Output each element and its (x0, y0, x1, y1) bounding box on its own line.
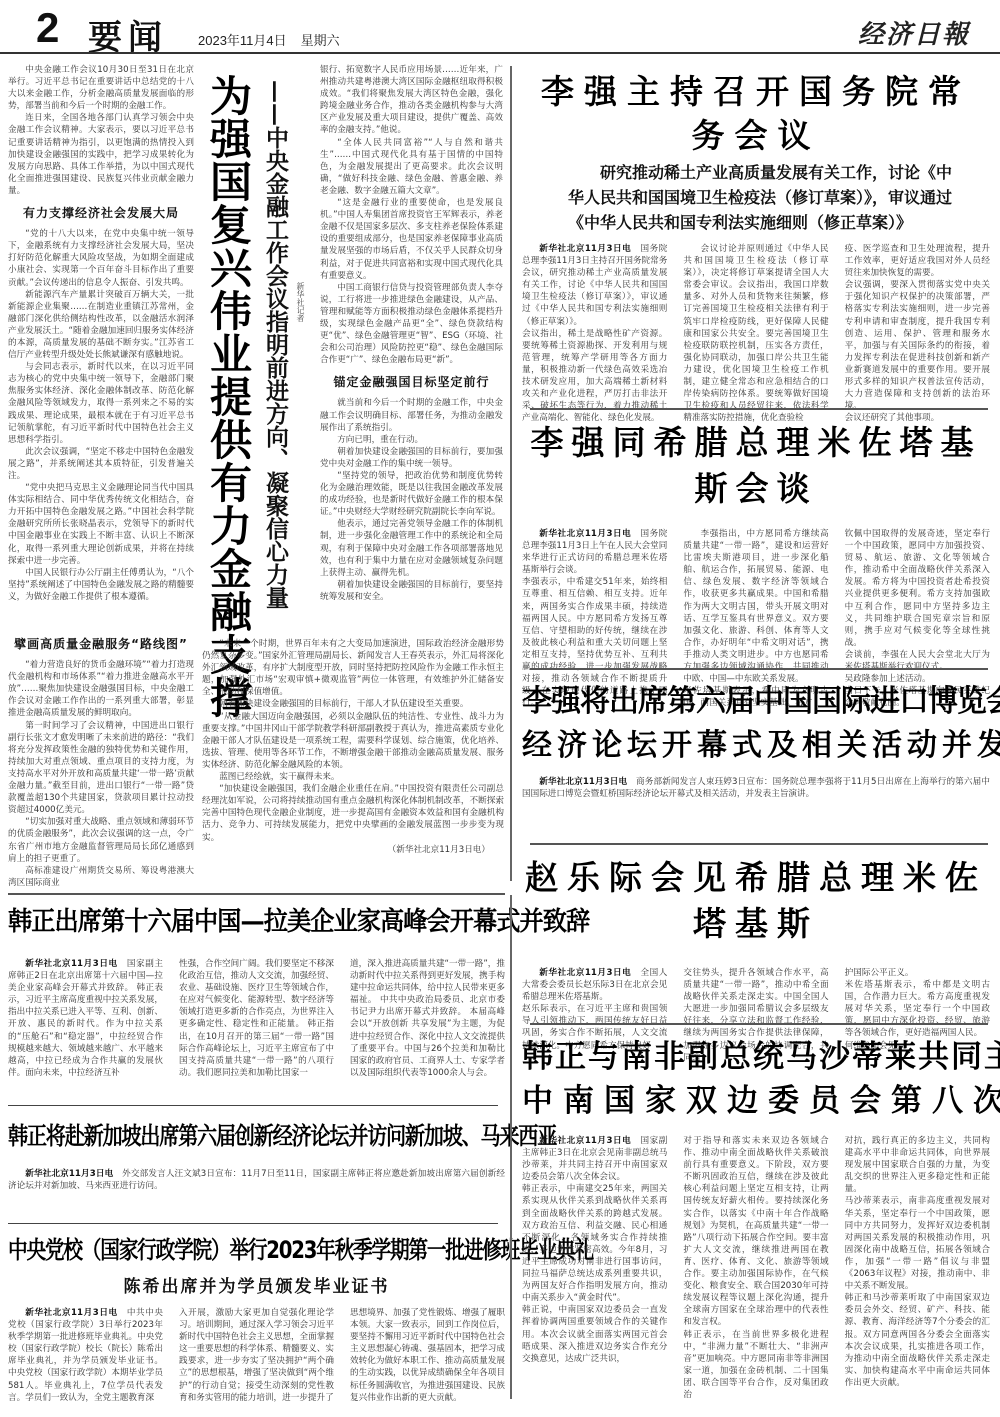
lead-right-column: 银行、拓宽数字人民币应用场景……近年来，广州推动共建粤港澳大湾区国际金融枢纽取得… (320, 64, 503, 603)
dateline-end: （新华社北京11月3日电） (202, 844, 504, 856)
box-border-left (510, 895, 512, 1399)
subhead: 擘画高质量金融服务“路线图” (8, 638, 194, 650)
paragraph: “切实加强对重大战略、重点领域和薄弱环节的优质金融服务”，此次会议强调的这一点，… (8, 816, 194, 864)
paragraph: 就当前和今后一个时期的金融工作，中央金融工作会议明确目标、部署任务，为推动金融发… (320, 397, 503, 433)
paragraph: “党中央把马克思主义金融理论同当代中国具体实际相结合、同中华优秀传统文化相结合，… (8, 482, 194, 567)
paragraph: “未来一个时期，世界百年未有之大变局加速演进，国际政治经济金融形势仍然复杂多变。… (202, 638, 504, 698)
divider (8, 893, 505, 895)
paragraph: 对抗，践行真正的多边主义，共同构建高水平中非命运共同体，向世界展现发展中国家联合… (845, 1135, 990, 1389)
story-headline: 赵乐际会见希腊总理米佐塔基斯 (522, 855, 990, 947)
paragraph: 方向已明，重在行动。 (320, 434, 503, 446)
paragraph: 与会同志表示，新时代以来，在以习近平同志为核心的党中央集中统一领导下，金融部门聚… (8, 361, 194, 446)
paragraph: 入开展，激励大家更加自觉强化理论学习。培训期间，通过深入学习领会习近平新时代中国… (179, 1307, 334, 1404)
lead-lower-column: “未来一个时期，世界百年未有之大变局加速演进，国际政治经济金融形势仍然复杂多变。… (202, 638, 504, 856)
story-zhao-leji: 赵乐际会见希腊总理米佐塔基斯 新华社北京11月3日电 全国人大常委会委员长赵乐际… (522, 855, 990, 1064)
column: 入开展，激励大家更加自觉强化理论学习。培训期间，通过深入学习领会习近平新时代中国… (179, 1307, 334, 1404)
paragraph: 会议讨论并原则通过《中华人民共和国国境卫生检疫法（修订草案）》，决定将修订草案提… (683, 243, 828, 424)
story-headline-line2: 经济论坛开幕式及相关活动并发表主旨演讲 (522, 724, 990, 768)
column: 新华社北京11月3日电 国家副主席韩正2日在北京出席第十六届中国—拉美企业家高峰… (8, 958, 163, 1079)
column: 新华社北京11月3日电 国家副主席韩正3日在北京会见南非副总统马沙蒂莱，并共同主… (522, 1135, 667, 1401)
paragraph: 性强，合作空间广阔。我们要坚定不移深化政治互信，推动人文交流，加强经贸、农业、基… (179, 958, 334, 1079)
weekday-text: 星期六 (301, 33, 340, 48)
lead-headline: 为强国复兴伟业提供有力金融支撑 (196, 74, 256, 719)
dateline: 新华社北京11月3日电 (25, 1308, 117, 1318)
story-body: 新华社北京11月3日电 商务部新闻发言人束珏婷3日宣布：国务院总理李强将于11月… (522, 776, 990, 800)
dateline: 新华社北京11月3日电 (539, 777, 627, 787)
box-border-left (510, 66, 512, 881)
story-columns: 新华社北京11月3日电 中共中央党校（国家行政学院）3日举行2023年秋季学期第… (8, 1307, 505, 1404)
paragraph: 蓝图已经绘就，实干赢得未来。 (202, 771, 504, 783)
column: 道，深入推进高质量共建“一带一路”，推动新时代中拉关系得到更好发展，携手构建中拉… (350, 958, 505, 1079)
story-columns: 新华社北京11月3日电 国家副主席韩正3日在北京会见南非副总统马沙蒂莱，并共同主… (522, 1135, 990, 1401)
paragraph: 中共中央党校（国家行政学院）3日举行2023年秋季学期第一批进修班毕业典礼。中央… (8, 1308, 163, 1403)
story-singapore: 韩正将赴新加坡出席第六届创新经济论坛并访问新加坡、马来西亚 新华社北京11月3日… (8, 1116, 505, 1192)
paragraph: 第一时间学习了会议精神，中国进出口银行副行长张文才愈发明晰了未来前进的路径：“我… (8, 720, 194, 817)
column: 性强，合作空间广阔。我们要坚定不移深化政治互信，推动人文交流，加强经贸、农业、基… (179, 958, 334, 1079)
dateline: 新华社北京11月3日电 (539, 1136, 631, 1146)
paragraph: “加快建设金融强国，我们金融企业重任在肩。”中国投资有限责任公司副总经理沈如军说… (202, 783, 504, 843)
paragraph: 国务院总理李强11月3日主持召开国务院常务会议，研究推动稀土产业高质量发展有关工… (522, 244, 667, 423)
paragraph: “全体人民共同富裕”“人与自然和谐共生”……中国式现代化具有基于国情的中国特色，… (320, 137, 503, 197)
date-text: 2023年11月4日 (198, 33, 287, 48)
story-south-africa: 韩正与南非副总统马沙蒂莱共同主持召开 中南国家双边委员会第八次全体会议 新华社北… (522, 1035, 990, 1401)
story-headline-line2: 中南国家双边委员会第八次全体会议 (522, 1079, 990, 1123)
paragraph: “从金融大国迈向金融强国，必须以金融队伍的纯洁性、专业性、战斗力为重要支撑。”中… (202, 711, 504, 771)
divider (530, 1023, 988, 1025)
story-subheadline: 研究推动稀土产业高质量发展有关工作，讨论《中华人民共和国国境卫生检疫法（修订草案… (522, 158, 990, 235)
story-greece-talks: 李强同希腊总理米佐塔基斯会谈 新华社北京11月3日电 国务院总理李强11月3日上… (522, 420, 990, 709)
dateline: 新华社北京11月3日电 (539, 529, 631, 539)
issue-date: 2023年11月4日星期六 (198, 30, 340, 49)
lead-subheadline: ——中央金融工作会议指明前进方向、凝聚信心力量 (256, 80, 290, 609)
paragraph: 银行、拓宽数字人民币应用场景……近年来，广州推动共建粤港澳大湾区国际金融枢纽取得… (320, 64, 503, 137)
paragraph: 中国工商银行信贷与投资管理部负责人李夺说，工行将进一步推进绿色金融建设，从产品、… (320, 282, 503, 367)
divider (530, 843, 988, 845)
paragraph: “着力营造良好的货币金融环境”“着力打造现代金融机构和市场体系”“着力推进金融高… (8, 659, 194, 719)
story-state-council: 李强主持召开国务院常务会议 研究推动稀土产业高质量发展有关工作，讨论《中华人民共… (522, 70, 990, 424)
page-number: 2 (36, 6, 59, 50)
story-headline: 李强主持召开国务院常务会议 (522, 70, 990, 158)
paragraph: “这是金融行业的重要使命，也是发展良机。”中国人寿集团首席投资官王军辉表示，养老… (320, 197, 503, 282)
divider (530, 408, 988, 410)
story-headline-line1: 李强将出席第六届中国国际进口博览会暨虹桥国际 (522, 680, 990, 724)
column: 对于指导和落实未来双边各领域合作、推动中南全面战略伙伴关系破浪前行具有重要意义。… (683, 1135, 828, 1401)
masthead: 2 要闻 2023年11月4日星期六 经济日報 (0, 0, 1000, 52)
dateline: 新华社北京11月3日电 (25, 959, 117, 969)
lead-left-lower-column: 擘画高质量金融服务“路线图” “着力营造良好的货币金融环境”“着力打造现代金融机… (8, 628, 194, 889)
column: 新华社北京11月3日电 中共中央党校（国家行政学院）3日举行2023年秋季学期第… (8, 1307, 163, 1404)
story-headline: 李强同希腊总理米佐塔基斯会谈 (522, 420, 990, 512)
paragraph: 此次会议强调，“坚定不移走中国特色金融发展之路”，并系统阐述其本质特征，引发普遍… (8, 446, 194, 482)
divider (8, 1105, 498, 1106)
paragraph: 他表示，通过完善党领导金融工作的体制机制，进一步强化金融管理工作中的系统论和全局… (320, 518, 503, 578)
column: 对抗，践行真正的多边主义，共同构建高水平中非命运共同体，向世界展现发展中国家联合… (845, 1135, 990, 1401)
paragraph: 朝着加快建设金融强国的目标前行，要坚持统筹发展和安全。 (320, 579, 503, 603)
paragraph: “坚持党的领导，把政治优势和制度优势转化为金融治理效能，既是以往我国金融改革发展… (320, 470, 503, 518)
story-headline: 韩正将赴新加坡出席第六届创新经济论坛并访问新加坡、马来西亚 (8, 1116, 425, 1156)
story-party-school: 中央党校（国家行政学院）举行2023年秋季学期第一批进修班毕业典礼 陈希出席并为… (8, 1230, 505, 1404)
paragraph: 中国人民银行办公厅副主任傅勇认为，“八个坚持”系统阐述了中国特色金融发展之路的精… (8, 567, 194, 603)
masthead-rule (0, 52, 1000, 54)
story-headline-line1: 韩正与南非副总统马沙蒂莱共同主持召开 (522, 1035, 990, 1079)
story-columns: 新华社北京11月3日电 国家副主席韩正2日在北京出席第十六届中国—拉美企业家高峰… (8, 958, 505, 1079)
subhead: 锚定金融强国目标坚定前行 (320, 376, 503, 388)
column: 疫、医学巡查和卫生处理流程，提升工作效率，更好适应我国对外人员经贸往来加快恢复的… (845, 243, 990, 424)
paragraph: 中央金融工作会议10月30日至31日在北京举行。习近平总书记在重要讲话中总结党的… (8, 64, 194, 112)
column: 会议讨论并原则通过《中华人民共和国国境卫生检疫法（修订草案）》，决定将修订草案提… (683, 243, 828, 424)
story-subheadline: 陈希出席并为学员颁发毕业证书 (8, 1272, 505, 1297)
paragraph: 国家副主席韩正2日在北京出席第十六届中国—拉美企业家高峰会开幕式并致辞。 韩正表… (8, 959, 163, 1078)
byline: 新华社记者 (292, 282, 306, 322)
paragraph: “党的十八大以来，在党中央集中统一领导下，金融系统有力支撑经济社会发展大局，坚决… (8, 228, 194, 288)
story-latin-america: 韩正出席第十六届中国—拉美企业家高峰会开幕式并致辞 新华社北京11月3日电 国家… (8, 902, 505, 1079)
story-columns: 新华社北京11月3日电 国务院总理李强11月3日主持召开国务院常务会议，研究推动… (522, 243, 990, 424)
paragraph: 疫、医学巡查和卫生处理流程，提升工作效率，更好适应我国对外人员经贸往来加快恢复的… (845, 243, 990, 424)
lead-left-column: 中央金融工作会议10月30日至31日在北京举行。习近平总书记在重要讲话中总结党的… (8, 64, 194, 603)
paragraph: 思想境界、加强了党性锻炼、增强了履职本领。大家一致表示，回到工作岗位后，要坚持不… (350, 1307, 505, 1404)
story-ciie: 李强将出席第六届中国国际进口博览会暨虹桥国际 经济论坛开幕式及相关活动并发表主旨… (522, 680, 990, 800)
paragraph: 道，深入推进高质量共建“一带一路”，推动新时代中拉关系得到更好发展，携手构建中拉… (350, 958, 505, 1079)
dateline: 新华社北京11月3日电 (25, 1169, 113, 1179)
column: 思想境界、加强了党性锻炼、增强了履职本领。大家一致表示，回到工作岗位后，要坚持不… (350, 1307, 505, 1404)
story-body: 新华社北京11月3日电 外交部发言人汪文斌3日宣布：11月7日至11日，国家副主… (8, 1168, 505, 1192)
paragraph: 对于指导和落实未来双边各领域合作、推动中南全面战略伙伴关系破浪前行具有重要意义。… (683, 1135, 828, 1401)
paragraph: 连日来，全国各地各部门认真学习领会中央金融工作会议精神。大家表示，要以习近平总书… (8, 112, 194, 197)
story-headline: 中央党校（国家行政学院）举行2023年秋季学期第一批进修班毕业典礼 (8, 1230, 416, 1270)
paragraph: 朝着加快建设金融强国的目标前行，要加强党中央对金融工作的集中统一领导。 (320, 446, 503, 470)
subhead: 有力支撑经济社会发展大局 (8, 207, 194, 219)
divider (530, 668, 988, 670)
paragraph: 朝着加快建设金融强国的目标前行，干部人才队伍建设至关重要。 (202, 698, 504, 710)
story-headline: 韩正出席第十六届中国—拉美企业家高峰会开幕式并致辞 (8, 902, 470, 942)
column: 新华社北京11月3日电 国务院总理李强11月3日主持召开国务院常务会议，研究推动… (522, 243, 667, 424)
paragraph: 国家副主席韩正3日在北京会见南非副总统马沙蒂莱，并共同主持召开中南国家双边委员会… (522, 1136, 667, 1364)
dateline: 新华社北京11月3日电 (539, 968, 631, 978)
paragraph: 高标准建设广州期货交易所、筹设粤港澳大湾区国际商业 (8, 865, 194, 889)
divider (8, 1223, 498, 1224)
paragraph: 新能源汽车产量累计突破百万辆大关，一批新能源企业集聚……在制造业重镇江苏常州，金… (8, 289, 194, 362)
paper-logo: 经济日報 (858, 14, 970, 51)
dateline: 新华社北京11月3日电 (539, 244, 631, 254)
